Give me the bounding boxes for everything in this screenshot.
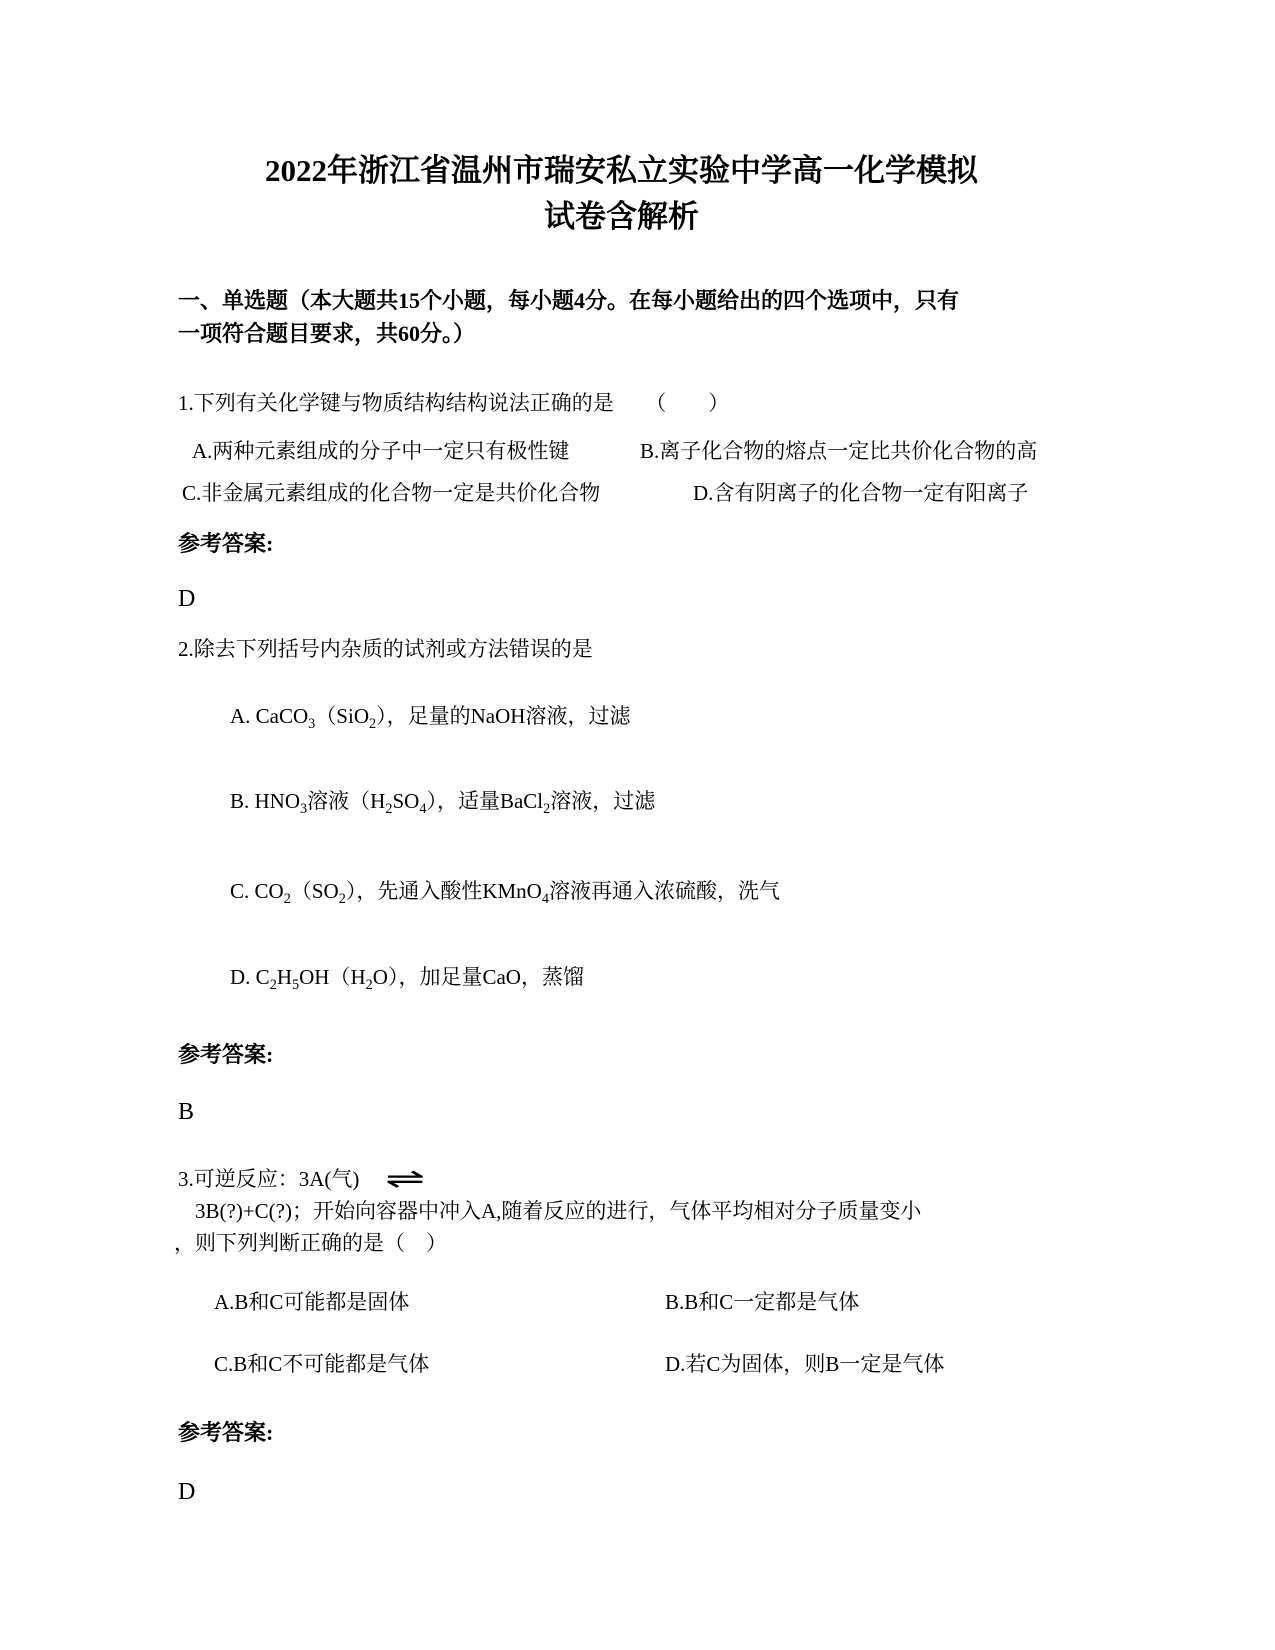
question-3-option-c: C.B和C不可能都是气体 — [214, 1351, 665, 1377]
question-2-stem: 2.除去下列括号内杂质的试剂或方法错误的是 — [178, 636, 1185, 662]
question-1-stem: 1.下列有关化学键与物质结构结构说法正确的是 （ ） — [178, 390, 1185, 416]
question-2-option-a: A. CaCO3（SiO2），足量的NaOH溶液，过滤 — [230, 702, 1185, 730]
question-2-answer: B — [178, 1097, 1185, 1127]
question-1-answer-label: 参考答案: — [178, 530, 1185, 558]
section-heading-line1: 一、单选题（本大题共15个小题，每小题4分。在每小题给出的四个选项中，只有 — [178, 284, 1185, 317]
question-1: 1.下列有关化学键与物质结构结构说法正确的是 （ ） A.两种元素组成的分子中一… — [178, 390, 1185, 614]
question-1-options-row-1: A.两种元素组成的分子中一定只有极性键B.离子化合物的熔点一定比共价化合物的高 — [178, 438, 1185, 464]
question-3-option-a: A.B和C可能都是固体 — [214, 1289, 665, 1315]
question-1-option-a: A.两种元素组成的分子中一定只有极性键 — [192, 438, 640, 464]
question-2-answer-label: 参考答案: — [178, 1041, 1185, 1069]
document-title-line1: 2022年浙江省温州市瑞安私立实验中学高一化学模拟 — [58, 148, 1185, 194]
question-3-answer-label: 参考答案: — [178, 1419, 1185, 1447]
document-title-line2: 试卷含解析 — [58, 194, 1185, 240]
question-2-option-d: D. C2H5OH（H2O），加足量CaO，蒸馏 — [230, 963, 1185, 991]
question-2-option-c: C. CO2（SO2），先通入酸性KMnO4溶液再通入浓硫酸，洗气 — [230, 877, 1185, 905]
question-2: 2.除去下列括号内杂质的试剂或方法错误的是 A. CaCO3（SiO2），足量的… — [178, 636, 1185, 1127]
question-1-option-b: B.离子化合物的熔点一定比共价化合物的高 — [640, 439, 1037, 463]
question-3-options-row-1: A.B和C可能都是固体 B.B和C一定都是气体 — [178, 1289, 1185, 1315]
question-2-option-b: B. HNO3溶液（H2SO4），适量BaCl2溶液，过滤 — [230, 787, 1185, 815]
question-1-option-d: D.含有阴离子的化合物一定有阳离子 — [693, 481, 1028, 505]
question-3-stem-line-2: 3B(?)+C(?)；开始向容器中冲入A,随着反应的进行，气体平均相对分子质量变… — [195, 1195, 1185, 1227]
question-3-stem-text: 3.可逆反应：3A(气) — [178, 1167, 359, 1191]
question-3-answer: D — [178, 1477, 1185, 1507]
question-3: 3.可逆反应：3A(气)⇌ 3B(?)+C(?)；开始向容器中冲入A,随着反应的… — [178, 1163, 1185, 1507]
question-3-stem-line-1: 3.可逆反应：3A(气)⇌ — [178, 1163, 1185, 1195]
question-3-options-row-2: C.B和C不可能都是气体 D.若C为固体，则B一定是气体 — [178, 1351, 1185, 1377]
section-heading-line2: 一项符合题目要求，共60分。） — [178, 317, 1185, 350]
question-1-options-row-2: C.非金属元素组成的化合物一定是共价化合物D.含有阴离子的化合物一定有阳离子 — [178, 480, 1185, 506]
question-1-answer: D — [178, 584, 1185, 614]
question-3-option-b: B.B和C一定都是气体 — [665, 1289, 1185, 1315]
question-3-stem-line-3: ，则下列判断正确的是（ ） — [174, 1227, 1185, 1259]
equilibrium-arrow-icon: ⇌ — [385, 1163, 425, 1195]
exam-document-page: 2022年浙江省温州市瑞安私立实验中学高一化学模拟 试卷含解析 一、单选题（本大… — [0, 0, 1275, 1650]
question-1-option-c: C.非金属元素组成的化合物一定是共价化合物 — [182, 480, 693, 506]
question-3-option-d: D.若C为固体，则B一定是气体 — [665, 1351, 1185, 1377]
document-title: 2022年浙江省温州市瑞安私立实验中学高一化学模拟 试卷含解析 — [58, 148, 1185, 240]
section-heading: 一、单选题（本大题共15个小题，每小题4分。在每小题给出的四个选项中，只有 一项… — [178, 284, 1185, 350]
